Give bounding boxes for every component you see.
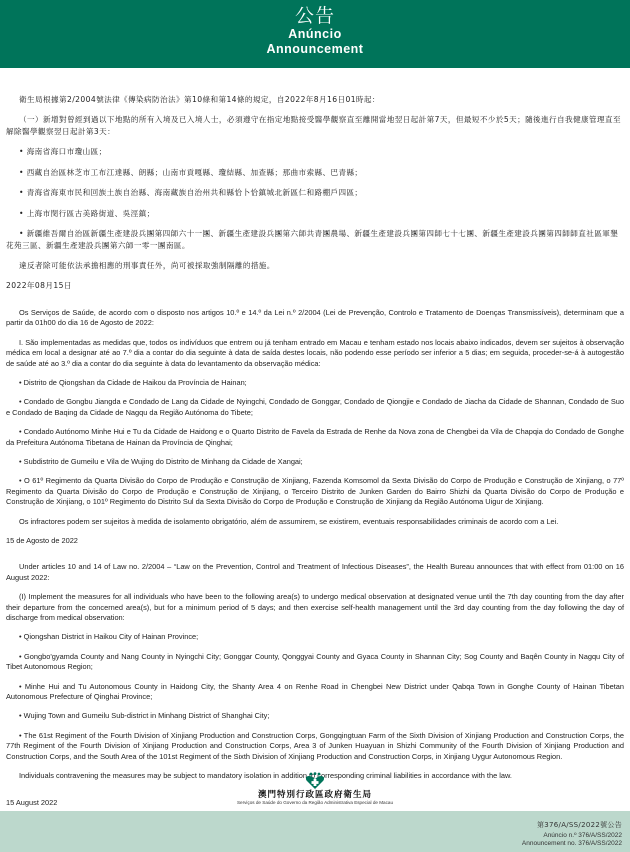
pt-location-item: • Distrito de Qiongshan da Cidade de Hai… xyxy=(6,378,624,388)
zh-intro: 衛生局根據第2/2004號法律《傳染病防治法》第10條和第14條的規定，自202… xyxy=(6,94,624,106)
zh-location-item: • 海南省海口市瓊山區； xyxy=(6,146,624,158)
pt-date: 15 de Agosto de 2022 xyxy=(6,536,624,546)
zh-location-item: • 青海省海東市民和回族土族自治縣、海南藏族自治州共和縣恰卜恰鎮城北新區仁和路棚… xyxy=(6,187,624,199)
pt-location-item: • Condado de Gongbu Jiangda e Condado de… xyxy=(6,397,624,418)
zh-measure: （一）新增對曾經到過以下地點的所有入境及已入境人士，必須遵守在指定地點接受醫學觀… xyxy=(6,114,624,137)
en-location-item: • The 61st Regiment of the Fourth Divisi… xyxy=(6,731,624,762)
pt-measure: I. São implementadas as medidas que, tod… xyxy=(6,338,624,369)
title-zh: 公告 xyxy=(0,0,630,27)
en-measure: (I) Implement the measures for all indiv… xyxy=(6,592,624,623)
health-bureau-signature: 澳門特別行政區政府衛生局 Serviços de Saúde do Govern… xyxy=(0,772,630,806)
reference-number-en: Announcement no. 376/A/SS/2022 xyxy=(522,840,622,847)
org-name-pt: Serviços de Saúde do Governo da Região A… xyxy=(0,800,630,806)
zh-location-item: • 上海市閔行區古美路街道、吳涇鎮； xyxy=(6,208,624,220)
en-location-item: • Wujing Town and Gumeilu Sub-district i… xyxy=(6,711,624,721)
pt-penalty: Os infractores podem ser sujeitos à medi… xyxy=(6,517,624,527)
reference-band: 第376/A/SS/2022號公告 Anúncio n.º 376/A/SS/2… xyxy=(0,811,630,852)
announcement-header: 公告 Anúncio Announcement xyxy=(0,0,630,68)
pt-location-item: • O 61º Regimento da Quarta Divisão do C… xyxy=(6,476,624,507)
zh-date: 2022年08月15日 xyxy=(6,280,624,292)
en-intro: Under articles 10 and 14 of Law no. 2/20… xyxy=(6,562,624,583)
zh-location-item: • 西藏自治區林芝市工布江達縣、朗縣；山南市貢嘎縣、瓊結縣、加查縣；那曲市索縣、… xyxy=(6,167,624,179)
health-bureau-logo-icon xyxy=(304,772,326,790)
en-location-item: • Qiongshan District in Haikou City of H… xyxy=(6,632,624,642)
zh-location-item: • 新疆維吾爾自治區新疆生產建設兵團第四師六十一團、新疆生產建設兵團第六師共青團… xyxy=(6,228,624,251)
en-location-item: • Minhe Hui and Tu Autonomous County in … xyxy=(6,682,624,703)
pt-location-item: • Subdistrito de Gumeilu e Vila de Wujin… xyxy=(6,457,624,467)
org-name-zh: 澳門特別行政區政府衛生局 xyxy=(0,790,630,800)
chinese-section: 衛生局根據第2/2004號法律《傳染病防治法》第10條和第14條的規定，自202… xyxy=(6,94,624,292)
portuguese-section: Os Serviços de Saúde, de acordo com o di… xyxy=(6,308,624,547)
title-pt: Anúncio xyxy=(0,27,630,42)
title-en: Announcement xyxy=(0,42,630,57)
pt-intro: Os Serviços de Saúde, de acordo com o di… xyxy=(6,308,624,329)
reference-number-pt: Anúncio n.º 376/A/SS/2022 xyxy=(543,832,622,839)
pt-location-item: • Condado Autónomo Minhe Hui e Tu da Cid… xyxy=(6,427,624,448)
en-location-item: • Gongbo'gyamda County and Nang County i… xyxy=(6,652,624,673)
announcement-body: 衛生局根據第2/2004號法律《傳染病防治法》第10條和第14條的規定，自202… xyxy=(6,94,624,817)
reference-number-zh: 第376/A/SS/2022號公告 xyxy=(537,820,622,830)
zh-penalty: 違反者除可能依法承擔相應的刑事責任外，尚可被採取強制隔離的措施。 xyxy=(6,260,624,272)
